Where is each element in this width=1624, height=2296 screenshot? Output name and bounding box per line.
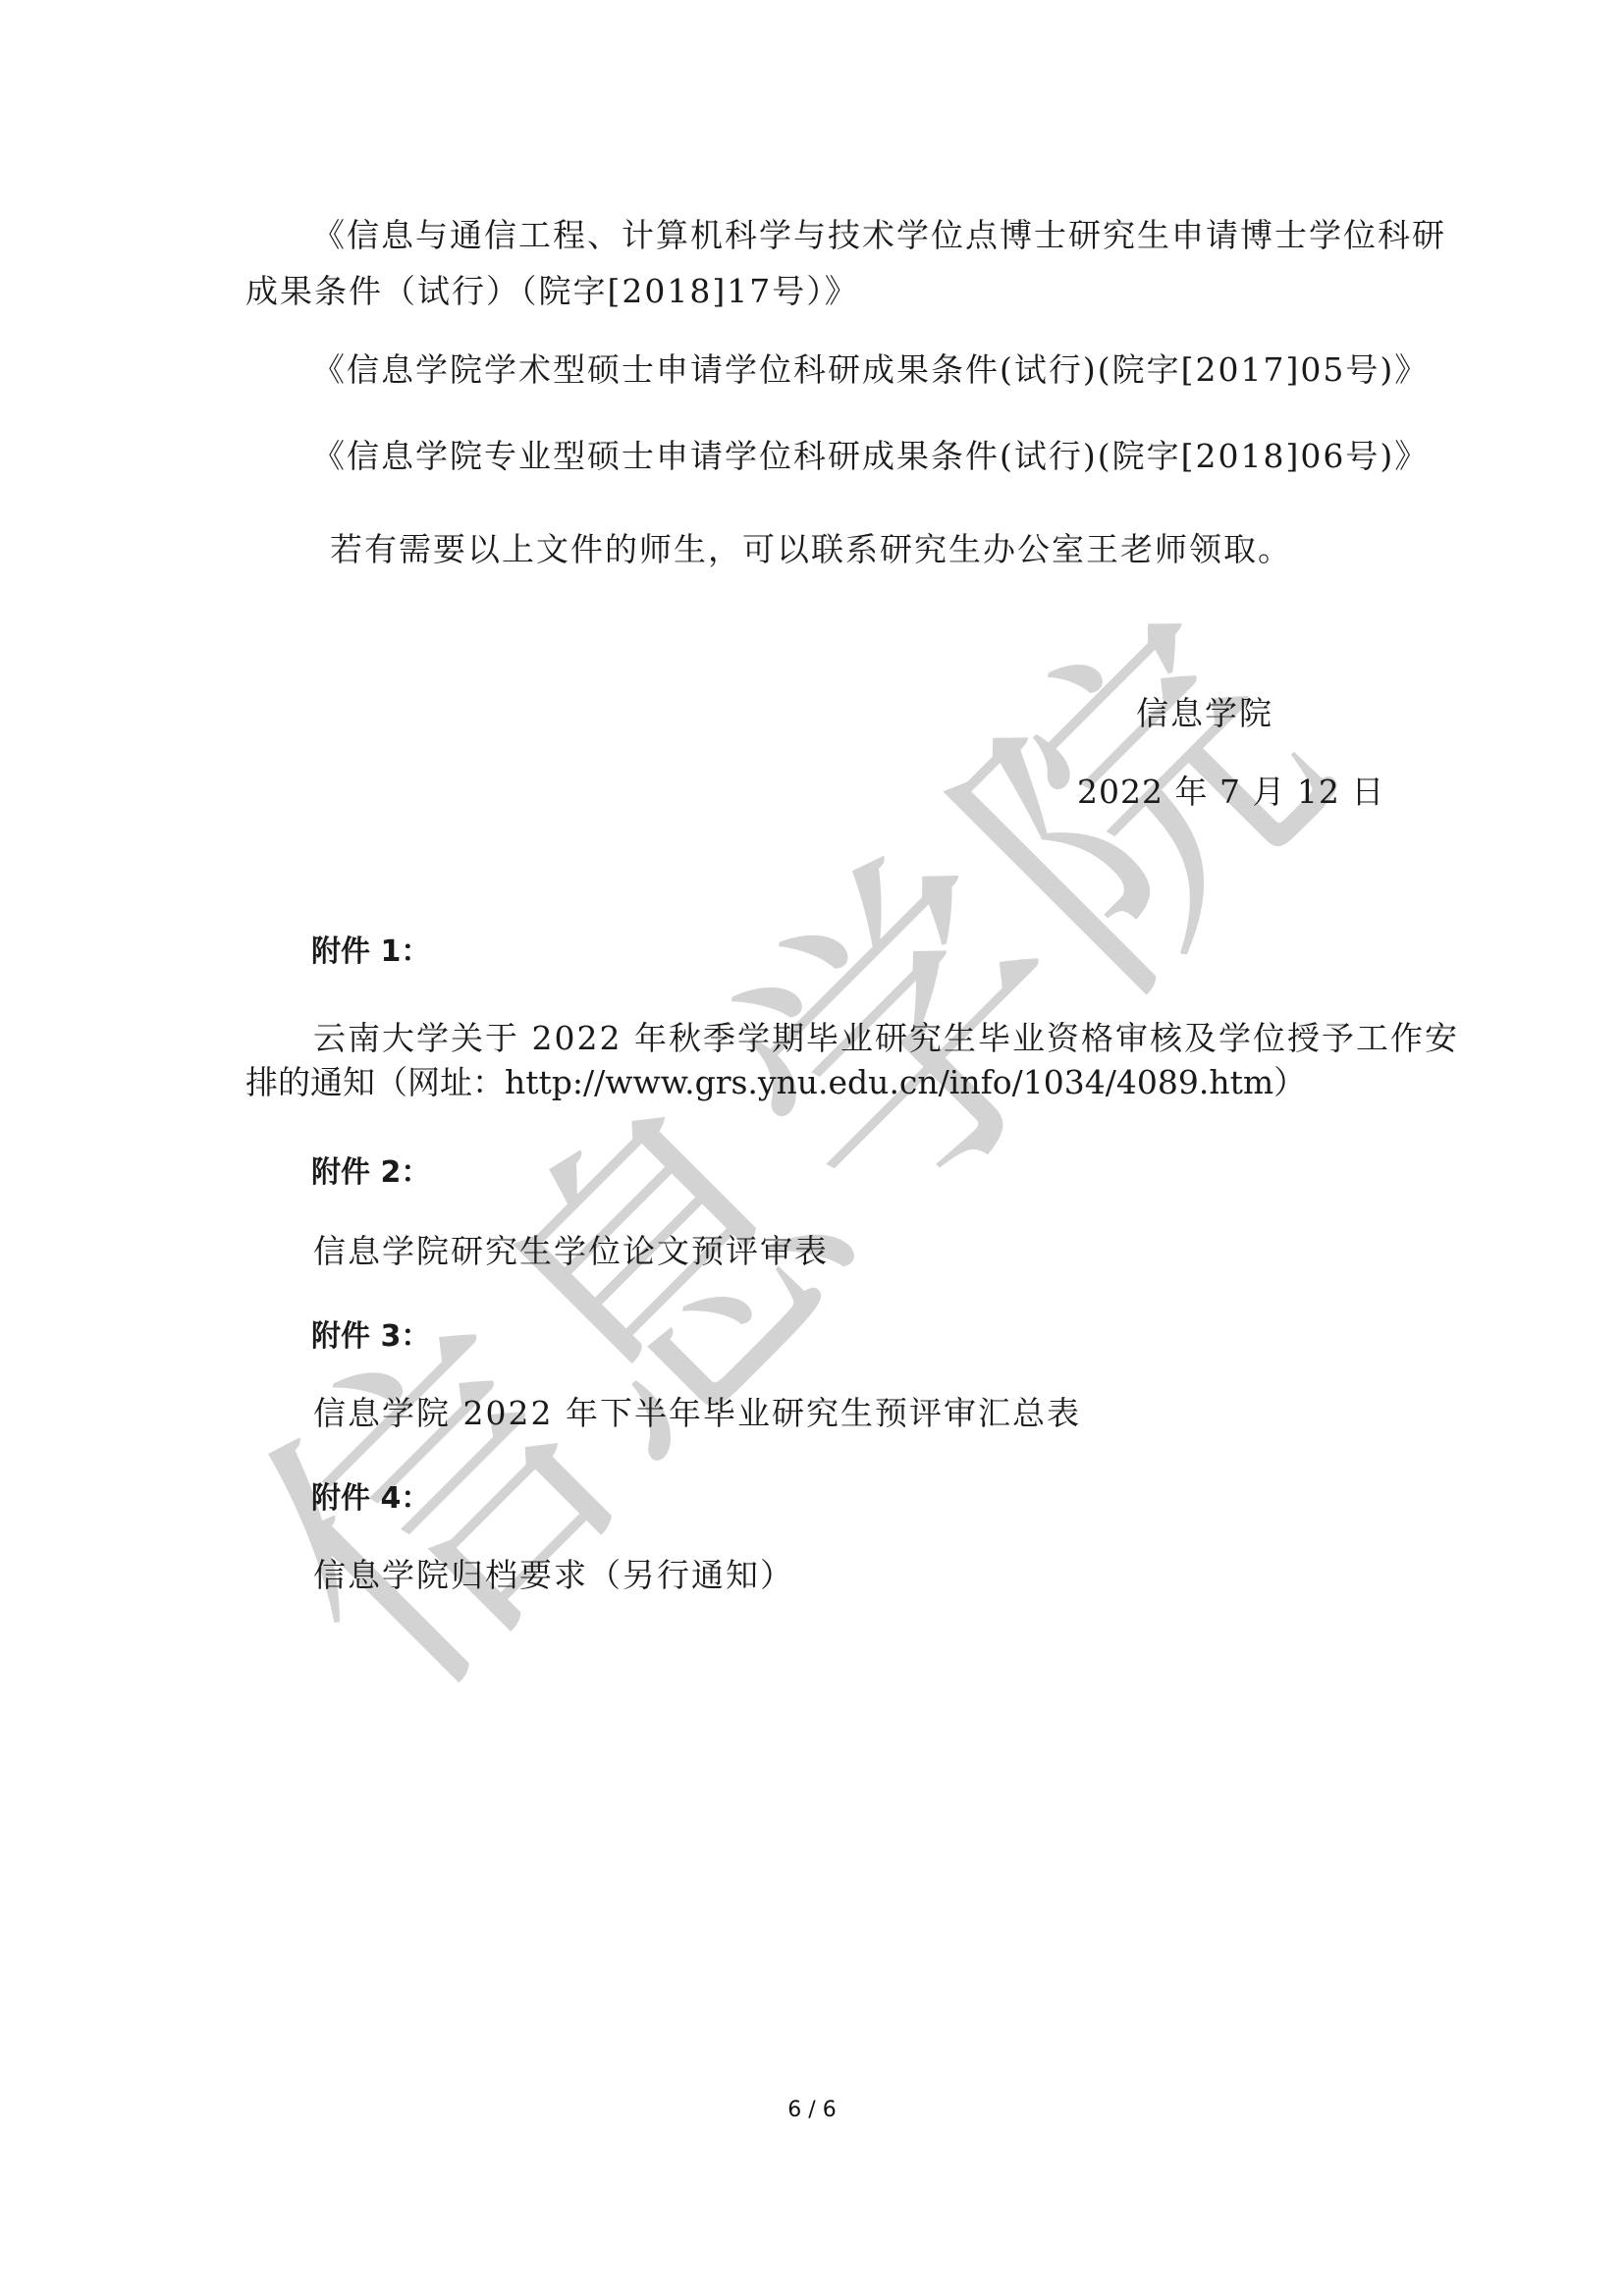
attachment-2-heading: 附件 2： bbox=[311, 1153, 430, 1193]
attachment-3-heading: 附件 3： bbox=[311, 1317, 430, 1357]
reference-3: 《信息学院专业型硕士申请学位科研成果条件(试行)(院字[2018]06号)》 bbox=[312, 437, 1429, 476]
contact-note: 若有需要以上文件的师生，可以联系研究生办公室王老师领取。 bbox=[330, 530, 1292, 569]
attachment-3-line: 信息学院 2022 年下半年毕业研究生预评审汇总表 bbox=[313, 1394, 1081, 1433]
attachment-1-heading: 附件 1： bbox=[311, 933, 430, 972]
reference-1-line-1: 《信息与通信工程、计算机科学与技术学位点博士研究生申请博士学位科研 bbox=[312, 216, 1446, 255]
attachment-2-line: 信息学院研究生学位论文预评审表 bbox=[313, 1232, 829, 1271]
attachment-1-line-1: 云南大学关于 2022 年秋季学期毕业研究生毕业资格审核及学位授予工作安 bbox=[313, 1019, 1459, 1058]
attachment-4-heading: 附件 4： bbox=[311, 1479, 430, 1519]
attachment-1-line-2: 排的通知（网址：http://www.grs.ynu.edu.cn/info/1… bbox=[245, 1063, 1306, 1102]
attachment-4-line: 信息学院归档要求（另行通知） bbox=[313, 1556, 794, 1595]
signature-date: 2022 年 7 月 12 日 bbox=[1077, 773, 1384, 812]
document-page: 信息学院 《信息与通信工程、计算机科学与技术学位点博士研究生申请博士学位科研 成… bbox=[0, 0, 1624, 2296]
reference-2: 《信息学院学术型硕士申请学位科研成果条件(试行)(院字[2017]05号)》 bbox=[312, 350, 1429, 390]
signature-org: 信息学院 bbox=[1136, 694, 1273, 733]
page-number: 6 / 6 bbox=[0, 2098, 1624, 2123]
reference-1-line-2: 成果条件（试行）（院字[2018]17号）》 bbox=[245, 272, 859, 311]
